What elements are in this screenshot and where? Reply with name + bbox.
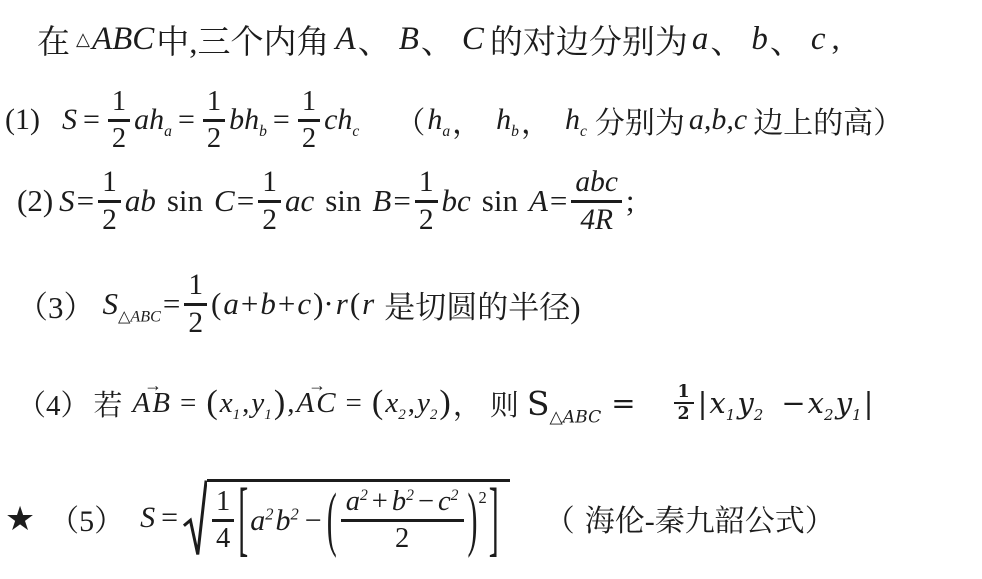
fraction: 12: [674, 383, 694, 424]
superscript: 2: [479, 488, 487, 508]
spacer: [157, 201, 166, 202]
subscript: △ABC: [549, 407, 601, 427]
math-token: b2: [392, 486, 414, 518]
spacer: [392, 39, 398, 40]
math-token: a2: [250, 504, 273, 538]
math-notes-page: 在△ABC中,三个内角A、B、C的对边分别为a、b、c, (1)S=12aha=…: [0, 0, 982, 579]
math-token: sin: [482, 183, 518, 219]
denominator: 2: [302, 122, 316, 155]
math-token: B: [399, 21, 419, 58]
math-token: +: [372, 486, 388, 518]
math-token: c: [811, 21, 826, 58]
spacer: [510, 518, 544, 519]
math-token: 、: [770, 16, 803, 63]
spacer: [360, 120, 394, 121]
math-token: S△ABC: [103, 286, 161, 322]
fraction: 12: [184, 269, 207, 340]
math-token: a: [692, 21, 709, 58]
math-token: =: [346, 387, 362, 420]
superscript: 2: [291, 504, 299, 523]
math-token: ABC: [92, 21, 154, 58]
stretch-bracket: (: [327, 506, 337, 536]
subscript: 1: [726, 406, 736, 424]
math-token: c2: [438, 486, 458, 518]
subscript: 2: [754, 406, 764, 424]
subscript: 2: [824, 406, 834, 424]
math-token: ): [439, 384, 450, 422]
math-token: =: [161, 501, 178, 535]
math-token: 、: [421, 16, 454, 63]
spacer: [686, 120, 688, 121]
spacer: [576, 518, 584, 519]
math-token: x1: [709, 386, 735, 420]
spacer: [101, 120, 105, 121]
fraction: 12: [98, 166, 121, 237]
spacer: [804, 39, 810, 40]
numerator: 1: [184, 269, 207, 306]
math-token: 海伦-秦九韶公式）: [585, 496, 835, 540]
spacer: [36, 518, 48, 519]
math-token: y2: [737, 386, 763, 420]
stretch-bracket: ]: [489, 506, 499, 536]
formula-number: (1): [5, 103, 40, 137]
math-token: ，: [452, 98, 482, 142]
math-token: =: [163, 286, 180, 322]
math-token: bhb: [229, 103, 267, 137]
bracket-glyph: [: [238, 479, 248, 563]
spacer: [171, 403, 179, 404]
math-token: ,: [287, 387, 294, 420]
math-token: ab: [125, 183, 156, 219]
math-token: chc: [324, 103, 359, 137]
subscript: 1: [264, 406, 272, 422]
spacer: [363, 403, 371, 404]
subscript: 2: [430, 406, 438, 422]
numerator: 1: [298, 86, 320, 122]
spacer: [300, 520, 304, 521]
spacer: [204, 201, 213, 202]
math-token: ，: [453, 383, 482, 424]
math-token: A: [529, 183, 548, 219]
spacer: [744, 39, 750, 40]
spacer: [323, 520, 326, 521]
math-token: =: [180, 387, 196, 420]
math-token: 的对边分别为: [490, 16, 688, 63]
math-token: (: [206, 384, 217, 422]
spacer: [78, 120, 82, 121]
fraction: abc4R: [571, 166, 622, 237]
subscript: c: [580, 123, 587, 140]
spacer: [54, 201, 58, 202]
spacer: [197, 403, 205, 404]
fraction: 12: [298, 86, 320, 155]
numerator: a2+b2−c2: [341, 486, 464, 522]
denominator: 2: [395, 522, 409, 555]
spacer: [483, 403, 489, 404]
formula-3-line: （3）S△ABC=12(a+b+c)·r(r是切圆的半径): [16, 265, 582, 343]
math-token: C: [462, 21, 484, 58]
spacer: [472, 201, 481, 202]
math-token: S△ABC: [527, 384, 601, 423]
denominator: 2: [188, 306, 203, 340]
math-token: +: [241, 286, 258, 322]
math-token: hb: [496, 103, 519, 137]
math-token: +: [278, 286, 295, 322]
superscript: 2: [360, 487, 368, 504]
math-token: c: [297, 286, 311, 322]
subscript: △ABC: [118, 308, 161, 325]
math-token: =: [83, 103, 100, 137]
spacer: [156, 518, 160, 519]
numerator: 1: [258, 166, 281, 203]
math-token: =: [273, 103, 290, 137]
math-token: ): [274, 384, 285, 422]
math-token: （: [545, 496, 575, 540]
subscript: b: [259, 123, 267, 140]
formula-4-line: （4）若AB=(x1,y1),AC=(x2,y2)，则S△ABC=12|x1y2…: [16, 370, 874, 436]
spacer: [125, 518, 139, 519]
numerator: abc: [571, 166, 622, 203]
numerator: 1: [674, 383, 694, 404]
math-token: |: [864, 386, 874, 420]
numerator: 1: [203, 86, 225, 122]
fraction: 14: [212, 486, 234, 555]
math-token: 则: [490, 383, 519, 424]
spacer: [369, 517, 371, 518]
spacer: [268, 120, 272, 121]
math-token: 分别为: [595, 98, 685, 142]
spacer: [455, 39, 461, 40]
spacer: [689, 39, 691, 40]
spacer: [485, 39, 489, 40]
superscript: 2: [451, 487, 459, 504]
subscript: 1: [852, 406, 862, 424]
math-token: ，: [521, 98, 551, 142]
radicand: 14[a2b2−(a2+b2−c22)2]: [207, 479, 510, 557]
math-token: ,: [832, 21, 840, 58]
spacer: [41, 120, 61, 121]
spacer: [362, 201, 371, 202]
spacer: [483, 120, 495, 121]
math-token: x1: [220, 387, 240, 420]
numerator: 1: [98, 166, 121, 203]
math-token: y2: [417, 387, 437, 420]
triangle-symbol: △: [76, 29, 90, 50]
spacer: [315, 201, 324, 202]
stretch-bracket: [: [238, 506, 248, 536]
spacer: [415, 517, 417, 518]
formula-1-line: (1)S=12aha=12bhb=12chc（ha，hb，hc分别为a,b,c边…: [4, 80, 904, 160]
numerator: 1: [108, 86, 130, 122]
math-token: C: [214, 183, 235, 219]
spacer: [602, 403, 610, 404]
math-token: ,: [408, 387, 415, 420]
superscript: 2: [265, 504, 273, 523]
bracket-glyph: ]: [489, 479, 499, 563]
denominator: 2: [419, 203, 434, 237]
spacer: [389, 517, 391, 518]
math-token: =: [178, 103, 195, 137]
spacer: [552, 120, 564, 121]
spacer: [196, 120, 200, 121]
math-token: ;: [626, 183, 635, 219]
fraction: 12: [203, 86, 225, 155]
math-token: 边上的高）: [753, 98, 903, 142]
fraction: 12: [415, 166, 438, 237]
spacer: [519, 201, 528, 202]
math-token: y1: [836, 386, 862, 420]
denominator: 2: [262, 203, 277, 237]
math-token: )·: [313, 286, 334, 322]
math-token: S: [140, 501, 155, 535]
math-token: a,b,c: [689, 103, 747, 137]
math-token: B: [372, 183, 391, 219]
math-token: b: [260, 286, 276, 322]
math-token: a: [223, 286, 239, 322]
math-token: 若: [94, 383, 123, 424]
subscript: a: [164, 123, 172, 140]
math-token: =: [550, 183, 567, 219]
numerator: 1: [212, 486, 234, 522]
spacer: [124, 403, 132, 404]
math-token: −: [305, 504, 322, 538]
math-token: (: [211, 286, 221, 322]
math-token: (: [350, 286, 360, 322]
spacer: [291, 120, 295, 121]
math-token: sin: [167, 183, 203, 219]
spacer: [435, 517, 437, 518]
math-token: bc: [442, 183, 471, 219]
formula-5-line: ★（5）S=14[a2b2−(a2+b2−c22)2]（海伦-秦九韶公式）: [4, 462, 836, 574]
spacer: [764, 403, 780, 404]
spacer: [71, 39, 75, 40]
math-token: 、: [710, 16, 743, 63]
math-token: aha: [134, 103, 172, 137]
formula-number: （4）: [17, 383, 90, 424]
math-token: 中,三个内角: [156, 16, 329, 63]
subscript: b: [511, 123, 519, 140]
math-token: =: [237, 183, 254, 219]
math-token: C: [316, 387, 335, 420]
spacer: [331, 39, 335, 40]
square-root: 14[a2b2−(a2+b2−c22)2]: [183, 479, 510, 557]
radical-sign: [183, 479, 207, 557]
math-token: b: [751, 21, 768, 58]
intro-line: 在△ABC中,三个内角A、B、C的对边分别为a、b、c,: [36, 16, 841, 62]
subscript: 1: [233, 406, 241, 422]
fraction: 12: [258, 166, 281, 237]
formula-number: （5）: [49, 496, 124, 540]
spacer: [637, 403, 671, 404]
math-token: =: [77, 183, 94, 219]
math-token: 在: [37, 16, 70, 63]
math-token: r: [336, 286, 348, 322]
subscript: 2: [398, 406, 406, 422]
denominator: 4R: [580, 203, 613, 237]
math-token: A: [336, 21, 356, 58]
math-token: ,: [242, 387, 249, 420]
math-token: S: [62, 103, 77, 137]
math-token: −: [418, 486, 434, 518]
math-token: ac: [285, 183, 314, 219]
formula-number: （3）: [17, 282, 95, 327]
math-token: B: [152, 387, 170, 420]
math-token: |: [698, 386, 708, 420]
subscript: a: [442, 123, 450, 140]
denominator: 2: [102, 203, 117, 237]
spacer: [91, 403, 93, 404]
spacer: [375, 304, 383, 305]
star-icon: ★: [5, 499, 35, 538]
math-token: （: [395, 98, 425, 142]
math-token: =: [611, 386, 635, 420]
denominator: 2: [678, 404, 690, 423]
math-token: =: [393, 183, 410, 219]
formula-number: (2): [17, 183, 53, 219]
denominator: 2: [112, 122, 126, 155]
fraction: 12: [108, 86, 130, 155]
spacer: [96, 304, 102, 305]
math-token: r: [362, 286, 374, 322]
spacer: [520, 403, 526, 404]
numerator: 1: [415, 166, 438, 203]
math-token: y1: [251, 387, 271, 420]
denominator: 4: [216, 522, 230, 555]
spacer: [748, 120, 752, 121]
spacer: [179, 518, 181, 519]
math-token: x2: [808, 386, 834, 420]
math-token: hc: [565, 103, 587, 137]
bracket-glyph: (: [327, 485, 337, 557]
superscript: 2: [406, 487, 414, 504]
math-token: 、: [358, 16, 391, 63]
stretch-bracket: )2: [468, 506, 487, 536]
subscript: c: [352, 123, 359, 140]
math-token: −: [781, 386, 805, 420]
bracket-glyph: ): [468, 485, 478, 557]
fraction: a2+b2−c22: [341, 486, 464, 555]
math-token: (: [372, 384, 383, 422]
math-token: S: [59, 183, 75, 219]
spacer: [588, 120, 594, 121]
math-token: sin: [325, 183, 361, 219]
formula-2-line: (2)S=12absinC=12acsinB=12bcsinA=abc4R;: [16, 162, 636, 240]
spacer: [827, 39, 831, 40]
math-token: b2: [276, 504, 299, 538]
math-token: 是切圆的半径): [384, 282, 580, 327]
math-token: a2: [346, 486, 368, 518]
math-token: ha: [427, 103, 450, 137]
spacer: [337, 403, 345, 404]
math-token: x2: [385, 387, 405, 420]
denominator: 2: [207, 122, 221, 155]
spacer: [173, 120, 177, 121]
